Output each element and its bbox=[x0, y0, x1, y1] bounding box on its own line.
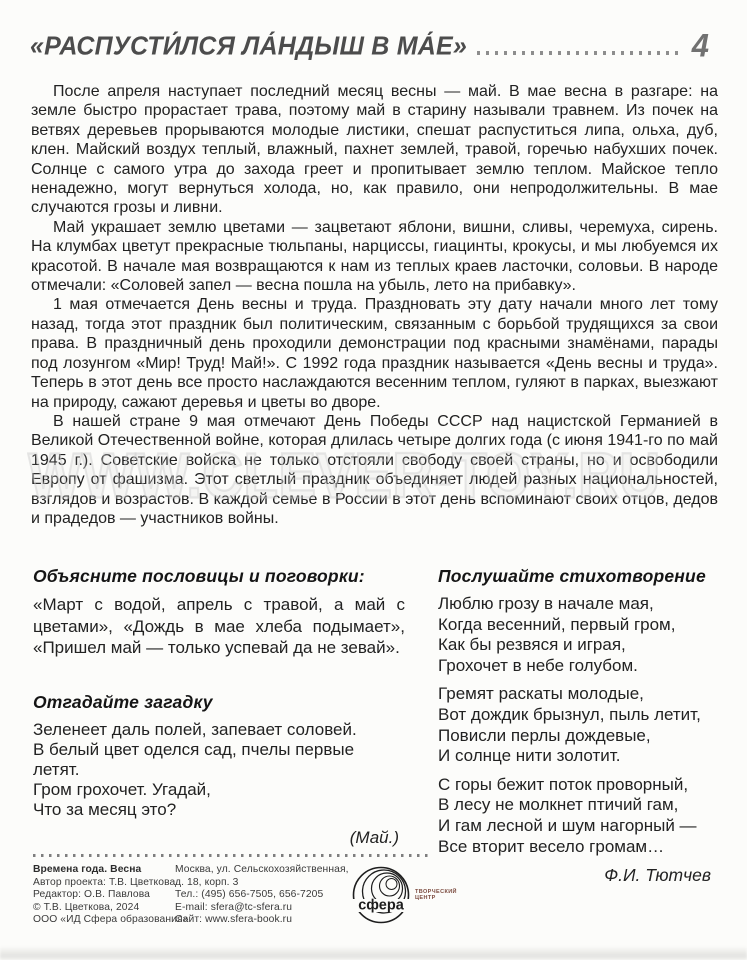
page-title: «РАСПУСТИ́ЛСЯ ЛА́НДЫШ В МА́Е» bbox=[30, 31, 467, 61]
poem-line: Гремят раскаты молодые, bbox=[438, 684, 711, 705]
poem-line: С горы бежит поток проворный, bbox=[438, 775, 711, 796]
poem-line: Вот дождик брызнул, пыль летит, bbox=[438, 705, 711, 726]
publisher-logo: сфера ТВОРЧЕСКИЙ ЦЕНТР bbox=[351, 865, 457, 925]
imprint-line: © Т.В. Цветкова, 2024 bbox=[33, 902, 175, 915]
riddle-line: Зеленеет даль полей, запевает соловей. bbox=[33, 720, 405, 740]
imprint-line: Автор проекта: Т.В. Цветкова bbox=[33, 877, 175, 890]
logo-tagline: ТВОРЧЕСКИЙ ЦЕНТР bbox=[415, 889, 457, 902]
poem-line: Все вторит весело громам… bbox=[438, 837, 711, 858]
footer-dotted-rule bbox=[33, 854, 430, 857]
logo-tagline-line: ЦЕНТР bbox=[415, 895, 457, 902]
riddle-line: Что за месяц это? bbox=[33, 800, 405, 820]
imprint-line: ООО «ИД Сфера образования» bbox=[33, 914, 175, 927]
riddle-heading: Отгадайте загадку bbox=[33, 692, 405, 713]
right-column: Послушайте стихотворение Люблю грозу в н… bbox=[438, 566, 711, 886]
dotted-leader bbox=[477, 51, 684, 55]
poem-stanza: Люблю грозу в начале мая, Когда весенний… bbox=[438, 594, 711, 676]
poem-stanza: Гремят раскаты молодые, Вот дождик брызн… bbox=[438, 684, 711, 766]
imprint-line: Времена года. Весна bbox=[33, 864, 175, 877]
left-column: Объясните пословицы и поговорки: «Март с… bbox=[33, 566, 405, 886]
sfera-logo-icon: сфера bbox=[351, 865, 411, 925]
poem-line: Как бы резвяся и играя, bbox=[438, 635, 711, 656]
proverbs-heading: Объясните пословицы и поговорки: bbox=[33, 566, 405, 587]
riddle-text: Зеленеет даль полей, запевает соловей. В… bbox=[33, 720, 405, 820]
tasks-section: Объясните пословицы и поговорки: «Март с… bbox=[33, 566, 711, 886]
poem-heading: Послушайте стихотворение bbox=[438, 566, 711, 587]
poem-line: Люблю грозу в начале мая, bbox=[438, 594, 711, 615]
paragraph: После апреля наступает последний месяц в… bbox=[31, 82, 718, 218]
imprint-line: Тел.: (495) 656-7505, 656-7205 bbox=[175, 889, 337, 902]
poem-line: В лесу не молкнет птичий гам, bbox=[438, 795, 711, 816]
poem-line: И солнце нити золотит. bbox=[438, 746, 711, 767]
poem-line: Когда весенний, первый гром, bbox=[438, 615, 711, 636]
imprint-footer: Времена года. Весна Автор проекта: Т.В. … bbox=[33, 854, 433, 927]
article-body: После апреля наступает последний месяц в… bbox=[31, 82, 718, 528]
proverbs-text: «Март с водой, апрель с травой, а май с … bbox=[33, 594, 405, 659]
imprint-line: д. 18, корп. 3 bbox=[175, 877, 337, 890]
paragraph: 1 мая отмечается День весны и труда. Пра… bbox=[31, 295, 718, 411]
paragraph: В нашей стране 9 мая отмечают День Побед… bbox=[31, 412, 718, 528]
poem-line: Повисли перлы дождевые, bbox=[438, 726, 711, 747]
riddle-line: Гром грохочет. Угадай, bbox=[33, 780, 405, 800]
poem-author: Ф.И. Тютчев bbox=[438, 865, 711, 886]
imprint-line: Москва, ул. Сельскохозяйственная, bbox=[175, 864, 337, 877]
riddle-answer: (Май.) bbox=[33, 828, 405, 848]
header: «РАСПУСТИ́ЛСЯ ЛА́НДЫШ В МА́Е» 4 bbox=[30, 30, 709, 61]
imprint-line: Редактор: О.В. Павлова bbox=[33, 889, 175, 902]
riddle-line: В белый цвет оделся сад, пчелы первые ле… bbox=[33, 740, 405, 780]
svg-text:сфера: сфера bbox=[358, 898, 404, 914]
imprint-line: Сайт: www.sfera-book.ru bbox=[175, 914, 337, 927]
imprint-line: E-mail: sfera@tc-sfera.ru bbox=[175, 902, 337, 915]
poem-line: И гам лесной и шум нагорный — bbox=[438, 816, 711, 837]
poem-line: Грохочет в небе голубом. bbox=[438, 656, 711, 677]
imprint-address: Москва, ул. Сельскохозяйственная, д. 18,… bbox=[175, 864, 337, 927]
scanned-page: «РАСПУСТИ́ЛСЯ ЛА́НДЫШ В МА́Е» 4 После ап… bbox=[0, 0, 747, 960]
paragraph: Май украшает землю цветами — зацветают я… bbox=[31, 218, 718, 296]
scan-shadow bbox=[0, 946, 747, 960]
page-number: 4 bbox=[692, 29, 709, 62]
imprint-credits: Времена года. Весна Автор проекта: Т.В. … bbox=[33, 864, 175, 927]
poem-stanza: С горы бежит поток проворный, В лесу не … bbox=[438, 775, 711, 857]
